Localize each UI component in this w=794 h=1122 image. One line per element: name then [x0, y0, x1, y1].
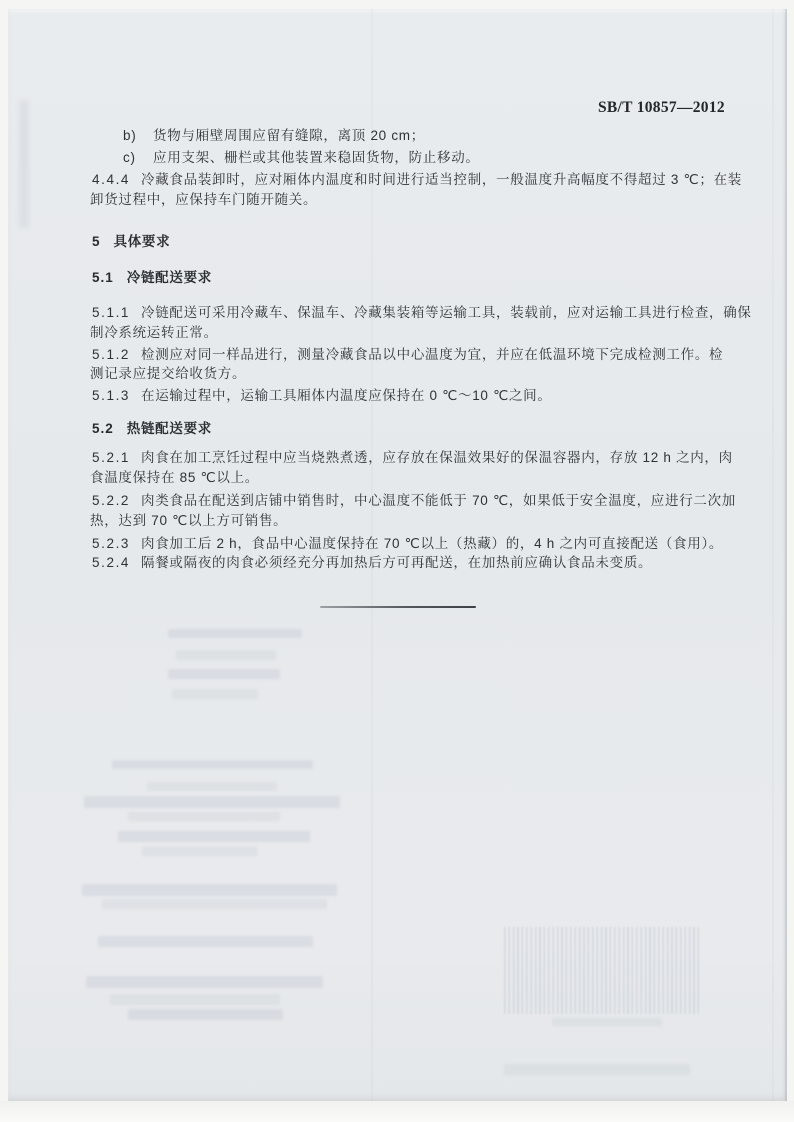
clause-5-2-2-num: 5.2.2 — [92, 493, 130, 508]
clause-5-2-2-text-1: 肉类食品在配送到店铺中销售时，中心温度不能低于 70 ℃，如果低于安全温度，应进… — [141, 493, 736, 508]
bleed-through-line — [84, 796, 340, 808]
item-c-text: 应用支架、栅栏或其他装置来稳固货物，防止移动。 — [153, 150, 480, 165]
scanner-bottom-edge — [0, 1101, 794, 1122]
clause-5-1-3-num: 5.1.3 — [92, 388, 130, 403]
clause-5-2-4-line-1: 5.2.4隔餐或隔夜的肉食必须经充分再加热后方可再配送，在加热前应确认食品未变质… — [92, 555, 652, 570]
clause-5-1-2-text-1: 检测应对同一样品进行，测量冷藏食品以中心温度为宜，并应在低温环境下完成检测工作。… — [141, 347, 723, 362]
section-5-2-heading: 5.2热链配送要求 — [92, 421, 212, 436]
clause-5-2-1-line-2: 食温度保持在 85 ℃以上。 — [90, 470, 259, 485]
bleed-through-line — [110, 994, 280, 1005]
bleed-through-barcode-caption — [552, 1018, 662, 1026]
clause-5-2-2-line-1: 5.2.2肉类食品在配送到店铺中销售时，中心温度不能低于 70 ℃，如果低于安全… — [92, 493, 736, 508]
clause-5-1-3-line-1: 5.1.3在运输过程中，运输工具厢体内温度应保持在 0 ℃～10 ℃之间。 — [92, 388, 552, 403]
clause-5-2-1-num: 5.2.1 — [92, 450, 130, 465]
item-b-label: b) — [123, 128, 136, 143]
clause-4-4-4-line-2: 卸货过程中，应保持车门随开随关。 — [90, 192, 317, 207]
bleed-through-vertical-code — [19, 100, 29, 228]
bleed-through-barcode — [504, 927, 700, 1014]
clause-5-2-4-text-1: 隔餐或隔夜的肉食必须经充分再加热后方可再配送，在加热前应确认食品未变质。 — [141, 555, 652, 570]
clause-5-2-3-line-1: 5.2.3肉食加工后 2 h，食品中心温度保持在 70 ℃以上（热藏）的，4 h… — [92, 536, 723, 551]
bleed-through-line — [112, 760, 313, 769]
bleed-through-line — [128, 1009, 283, 1020]
clause-5-2-4-num: 5.2.4 — [92, 555, 130, 570]
clause-5-2-2-line-2: 热，达到 70 ℃以上方可销售。 — [90, 513, 287, 528]
section-5-heading: 5具体要求 — [92, 234, 170, 249]
bleed-through-line — [147, 782, 277, 791]
bleed-through-line — [172, 689, 258, 699]
end-of-text-rule — [320, 606, 476, 608]
item-c-label: c) — [123, 150, 136, 165]
clause-5-1-1-line-1: 5.1.1冷链配送可采用冷藏车、保温车、冷藏集装箱等运输工具，装载前，应对运输工… — [92, 305, 752, 320]
clause-5-1-3-text-1: 在运输过程中，运输工具厢体内温度应保持在 0 ℃～10 ℃之间。 — [141, 388, 552, 403]
clause-5-2-1-line-1: 5.2.1肉食在加工烹饪过程中应当烧熟煮透，应存放在保温效果好的保温容器内，存放… — [92, 450, 733, 465]
clause-4-4-4-line-1: 4.4.4冷藏食品装卸时，应对厢体内温度和时间进行适当控制，一般温度升高幅度不得… — [92, 172, 742, 187]
clause-5-2-3-num: 5.2.3 — [92, 536, 130, 551]
clause-5-1-2-num: 5.1.2 — [92, 347, 130, 362]
bleed-through-line — [118, 831, 310, 842]
bleed-through-line — [168, 669, 280, 679]
bleed-through-line — [98, 936, 313, 947]
clause-5-1-1-num: 5.1.1 — [92, 305, 130, 320]
section-5-title: 具体要求 — [114, 234, 171, 249]
bleed-through-line — [142, 847, 257, 856]
bleed-through-line — [82, 884, 337, 896]
clause-4-4-4-text-1: 冷藏食品装卸时，应对厢体内温度和时间进行适当控制，一般温度升高幅度不得超过 3 … — [141, 172, 742, 187]
standard-code-header: SB/T 10857—2012 — [598, 99, 725, 117]
clause-5-2-3-text-1: 肉食加工后 2 h，食品中心温度保持在 70 ℃以上（热藏）的，4 h 之内可直… — [141, 536, 723, 551]
section-5-num: 5 — [92, 234, 101, 249]
clause-5-1-2-line-1: 5.1.2检测应对同一样品进行，测量冷藏食品以中心温度为宜，并应在低温环境下完成… — [92, 347, 723, 362]
section-5-2-title: 热链配送要求 — [127, 421, 212, 436]
section-5-1-title: 冷链配送要求 — [127, 270, 212, 285]
bleed-through-line — [504, 1064, 690, 1075]
clause-5-1-1-line-2: 制冷系统运转正常。 — [90, 325, 218, 340]
item-b-text: 货物与厢壁周围应留有缝隙，离顶 20 cm； — [153, 128, 425, 143]
section-5-1-heading: 5.1冷链配送要求 — [92, 270, 212, 285]
bleed-through-line — [168, 629, 302, 638]
section-5-2-num: 5.2 — [92, 421, 114, 436]
bleed-through-line — [86, 976, 323, 988]
clause-5-1-2-line-2: 测记录应提交给收货方。 — [90, 366, 246, 381]
clause-4-4-4-num: 4.4.4 — [92, 172, 130, 187]
scan-seam-right — [772, 9, 774, 1101]
bleed-through-line — [102, 899, 327, 909]
clause-5-1-1-text-1: 冷链配送可采用冷藏车、保温车、冷藏集装箱等运输工具，装载前，应对运输工具进行检查… — [141, 305, 752, 320]
bleed-through-line — [176, 650, 276, 660]
bleed-through-line — [128, 812, 280, 821]
paper-edge-right — [785, 9, 787, 1101]
clause-5-2-1-text-1: 肉食在加工烹饪过程中应当烧熟煮透，应存放在保温效果好的保温容器内，存放 12 h… — [141, 450, 733, 465]
section-5-1-num: 5.1 — [92, 270, 114, 285]
